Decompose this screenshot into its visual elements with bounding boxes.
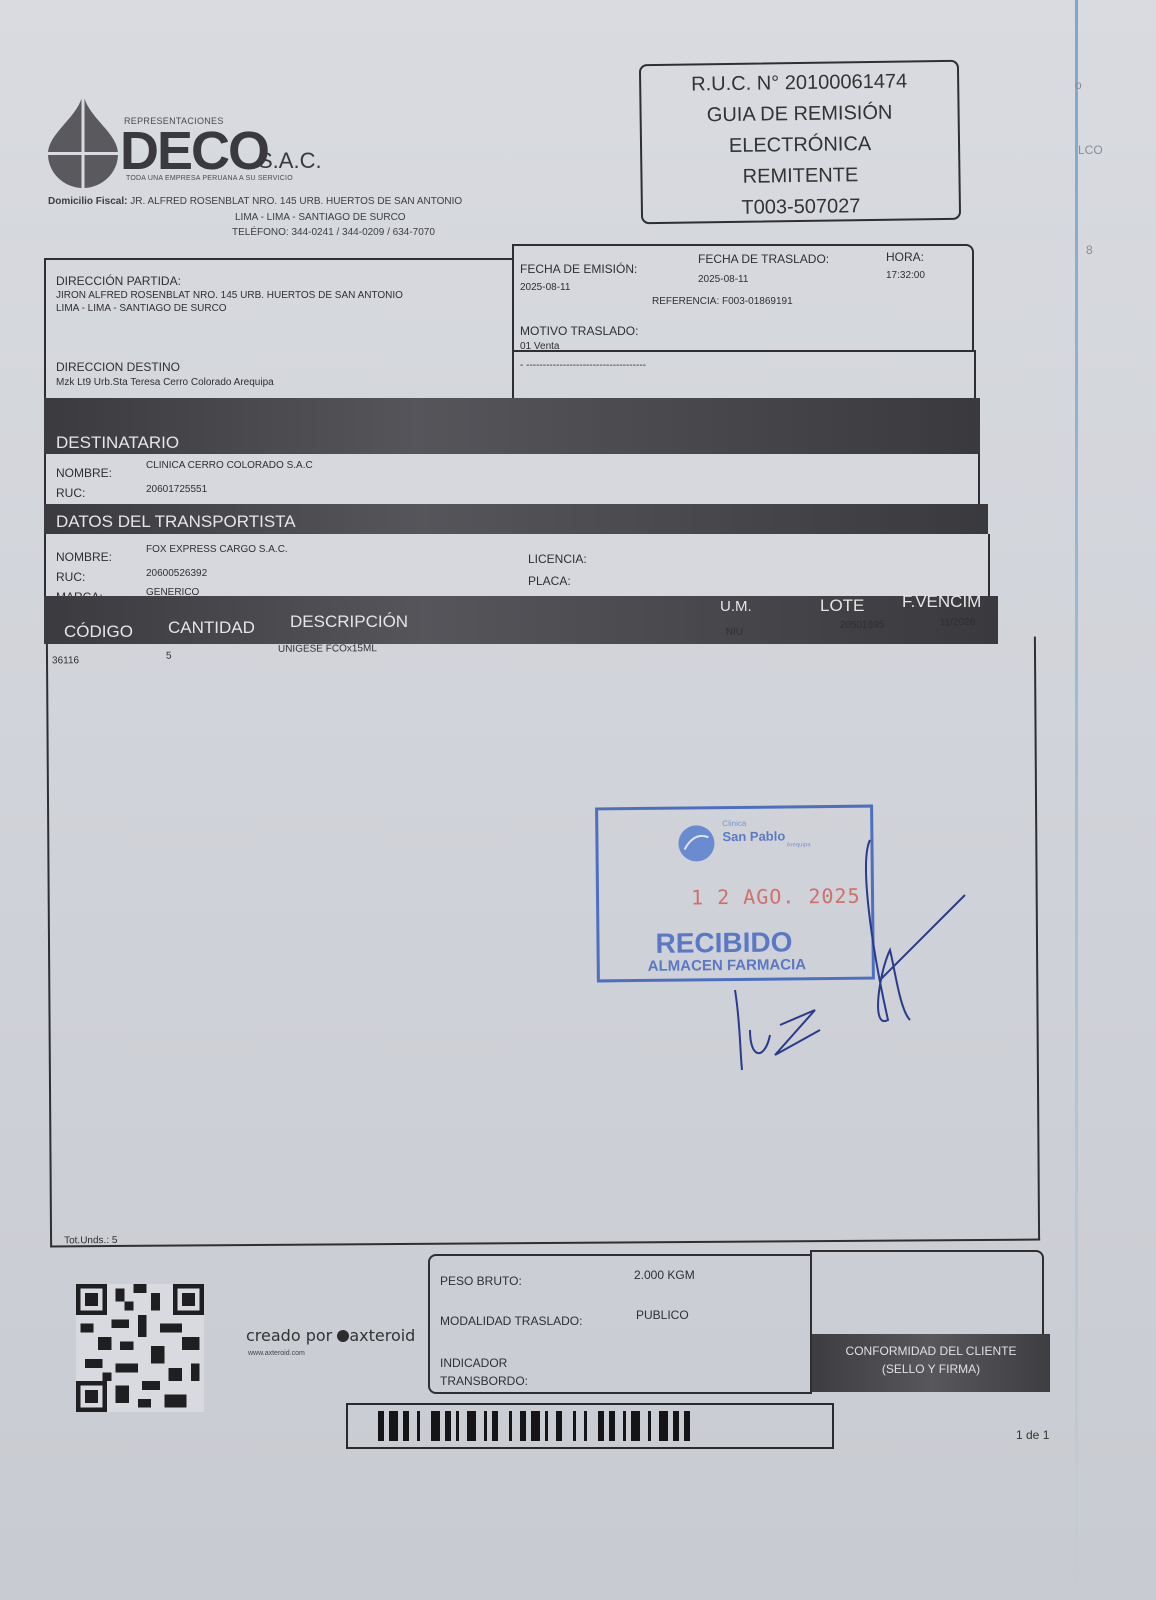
dest-nombre: CLINICA CERRO COLORADO S.A.C [146,460,313,471]
trans-ruc-label: RUC: [56,570,85,584]
transport-details-panel: PESO BRUTO: 2.000 KGM MODALIDAD TRASLADO… [428,1254,812,1394]
addresses-panel: DIRECCIÓN PARTIDA: JIRON ALFRED ROSENBLA… [44,258,514,420]
hora-label: HORA: [886,250,924,264]
company-phones: TELÉFONO: 344-0241 / 344-0209 / 634-7070 [232,227,435,238]
trans-nombre: FOX EXPRESS CARGO S.A.C. [146,544,288,555]
creator-credit: creado por axteroid [246,1326,415,1345]
item-vencim: 11/2026 [940,617,975,628]
conformidad-sign-area [810,1250,1044,1336]
partida-line1: JIRON ALFRED ROSENBLAT NRO. 145 URB. HUE… [56,290,403,301]
placa-label: PLACA: [528,574,571,588]
destino-label: DIRECCION DESTINO [56,360,180,374]
partida-label: DIRECCIÓN PARTIDA: [56,274,181,288]
item-cantidad: 5 [166,651,172,662]
destinatario-panel: NOMBRE: CLINICA CERRO COLORADO S.A.C RUC… [44,454,980,504]
handwritten-signature [720,820,980,1080]
creator-url: www.axteroid.com [248,1350,305,1357]
conformidad-line2: (SELLO Y FIRMA) [812,1360,1050,1378]
dest-nombre-label: NOMBRE: [56,466,112,480]
dates-panel: FECHA DE EMISIÓN: 2025-08-11 FECHA DE TR… [512,244,974,352]
transportista-title: DATOS DEL TRANSPORTISTA [56,512,296,531]
conformidad-line1: CONFORMIDAD DEL CLIENTE [812,1342,1050,1360]
dest-ruc-label: RUC: [56,486,85,500]
adjacent-sheet-edge [1075,0,1078,1600]
trans-nombre-label: NOMBRE: [56,550,112,564]
motivo-label: MOTIVO TRASLADO: [520,324,638,338]
total-units: Tot.Unds.: 5 [64,1235,117,1246]
col-cantidad: CANTIDAD [168,618,255,638]
fiscal-street: JR. ALFRED ROSENBLAT NRO. 145 URB. HUERT… [130,196,462,207]
dashes-line: - ------------------------------------ [520,360,646,371]
peso-value: 2.000 KGM [634,1268,695,1282]
trans-ruc: 20600526392 [146,568,207,579]
axteroid-logo-icon [337,1330,349,1342]
col-descripcion: DESCRIPCIÓN [290,612,408,632]
col-um: U.M. [720,598,752,615]
emision-label: FECHA DE EMISIÓN: [520,262,637,276]
col-lote: LOTE [820,596,864,616]
qr-code [76,1283,204,1413]
company-suffix: S.A.C. [258,148,322,174]
partida-line2: LIMA - LIMA - SANTIAGO DE SURCO [56,303,227,314]
doc-title: GUIA DE REMISIÓN [641,97,957,132]
fiscal-label: Domicilio Fiscal: [48,196,127,207]
barcode [348,1405,832,1447]
peso-label: PESO BRUTO: [440,1274,522,1288]
transportista-header: DATOS DEL TRANSPORTISTA [44,504,988,536]
company-name: DECO [120,124,268,178]
hora-value: 17:32:00 [886,270,925,281]
doc-title-3: REMITENTE [642,159,958,194]
creado-por: creado por [246,1326,332,1345]
item-descripcion: UNIGESE FCOx15ML [278,643,377,655]
licencia-label: LICENCIA: [528,552,587,566]
modalidad-label: MODALIDAD TRASLADO: [440,1314,582,1328]
fiscal-city: LIMA - LIMA - SANTIAGO DE SURCO [235,212,406,223]
destinatario-header: DESTINATARIO [44,398,980,454]
modalidad-value: PUBLICO [636,1308,689,1322]
deco-logo-drop-icon [46,92,120,188]
side-note: o [1075,78,1082,92]
ruc-number: R.U.C. N° 20100061474 [641,66,957,101]
creator-brand: axteroid [349,1326,415,1345]
traslado-label: FECHA DE TRASLADO: [698,252,829,266]
item-lote: 20501695 [840,620,885,631]
item-um: NIU [726,627,743,638]
conformidad-label-box: CONFORMIDAD DEL CLIENTE (SELLO Y FIRMA) [812,1334,1050,1392]
col-vencim: F.VENCIM [902,592,981,612]
indicador-label: INDICADOR [440,1356,507,1370]
barcode-box [346,1403,834,1449]
traslado-date: 2025-08-11 [698,274,748,285]
dest-ruc: 20601725551 [146,484,207,495]
side-note: LCO [1078,143,1103,157]
col-codigo: CÓDIGO [64,622,133,642]
transbordo-label: TRANSBORDO: [440,1374,528,1388]
emision-date: 2025-08-11 [520,282,570,293]
side-note: 8 [1086,243,1093,257]
document-id-box: R.U.C. N° 20100061474 GUIA DE REMISIÓN E… [639,60,961,224]
fiscal-address: Domicilio Fiscal: JR. ALFRED ROSENBLAT N… [48,196,462,207]
destino-line1: Mzk Lt9 Urb.Sta Teresa Cerro Colorado Ar… [56,377,274,388]
destinatario-title: DESTINATARIO [56,433,179,452]
referencia: REFERENCIA: F003-01869191 [652,296,793,307]
item-codigo: 36116 [52,655,79,666]
san-pablo-logo-icon [676,823,716,863]
doc-number: T003-507027 [643,190,959,225]
company-tagline: TODA UNA EMPRESA PERUANA A SU SERVICIO [126,175,293,182]
page-indicator: 1 de 1 [1016,1428,1049,1442]
doc-title-2: ELECTRÓNICA [642,128,958,163]
